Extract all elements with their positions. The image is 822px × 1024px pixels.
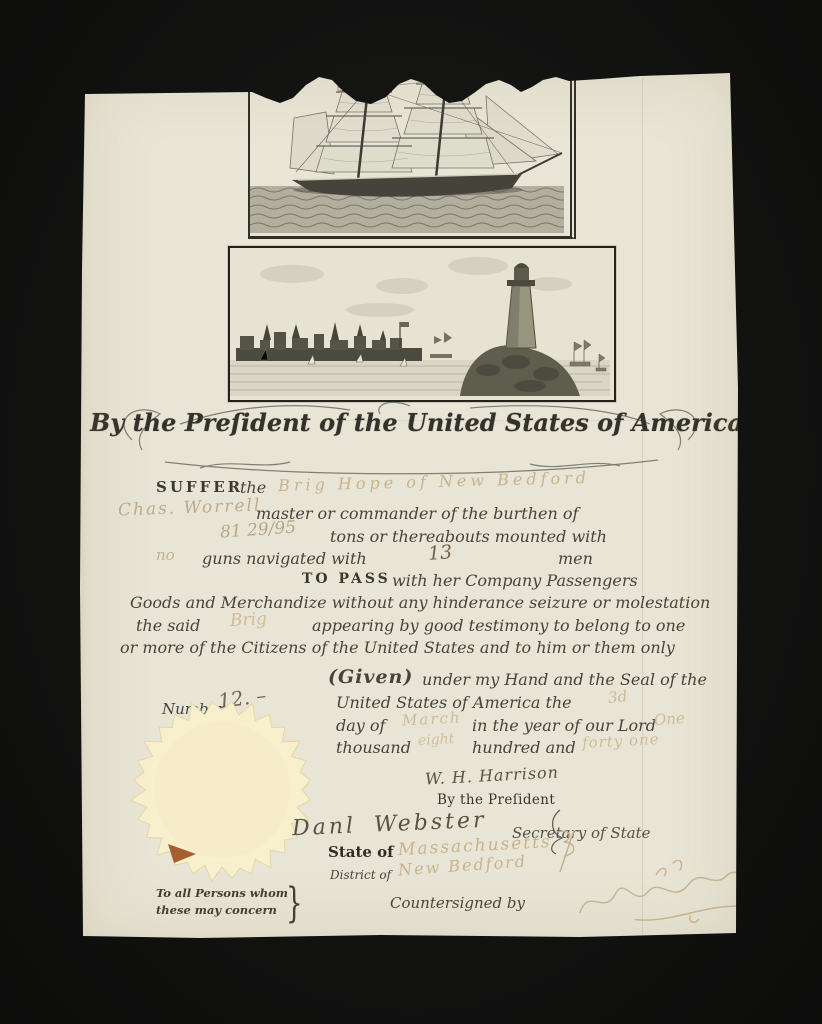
lighthouse-tower (506, 263, 536, 348)
ship-engraving (250, 68, 564, 233)
state-of-label: State of (328, 843, 394, 861)
pennant (446, 80, 466, 87)
month-handwritten: March (402, 708, 462, 729)
main-course (392, 138, 494, 168)
american-flag (338, 76, 366, 93)
tons-line: tons or thereabouts mounted with (330, 527, 607, 546)
by-the-president-line: By the Preſident (437, 792, 555, 808)
hundred-and-words: hundred and (472, 738, 576, 757)
master-name-handwritten: Chas. Worrell (118, 496, 262, 521)
harbor-engraving-frame (228, 246, 616, 402)
given-word: (Given) (328, 666, 413, 688)
footer-line-2: these may concern (156, 903, 277, 917)
said-rest: appearing by good testimony to belong to… (312, 616, 685, 635)
collector-signature (572, 860, 762, 926)
tonnage-handwritten: 81 29/95 (219, 517, 296, 542)
document-title: By the Preſident of the United States of… (90, 408, 730, 437)
footer-brace: } (286, 880, 303, 928)
the-said-words: the said (136, 616, 200, 635)
said-vessel-handwritten: Brig (230, 609, 268, 631)
footer-line-1: To all Persons whom (156, 886, 288, 900)
men-count-handwritten: 13 (427, 541, 453, 565)
given-under-line: under my Hand and the Seal of the (422, 670, 707, 689)
embossed-paper-seal (130, 698, 314, 882)
one-handwritten: One (653, 709, 685, 729)
men-word: men (558, 549, 593, 568)
day-of-words: day of (336, 716, 385, 735)
distant-ship (430, 332, 452, 358)
countersigned-by-line: Countersigned by (390, 894, 525, 912)
ship-engraving-frame (248, 68, 576, 239)
year-handwritten: forty one (582, 730, 660, 752)
eight-handwritten: eight (418, 731, 455, 749)
fore-topgallant (336, 92, 392, 112)
suffer-word: SUFFER (156, 478, 243, 496)
guns-handwritten: no (156, 546, 175, 564)
harbor-engraving (230, 248, 610, 396)
printed-the: the (240, 478, 266, 497)
ships-passport-document: By the Preſident of the United States of… (80, 68, 742, 942)
to-pass-rest: with her Company Passengers (392, 571, 638, 590)
day-handwritten: 3d (607, 687, 628, 707)
auction-photo-background: By the Preſident of the United States of… (0, 0, 822, 1024)
thousand-word: thousand (336, 738, 411, 757)
district-of-label: District of (330, 868, 391, 882)
guns-line: guns navigated with (202, 549, 367, 568)
president-signature: W. H. Harrison (425, 763, 560, 789)
citizens-line: or more of the Citizens of the United St… (120, 638, 675, 657)
goods-line: Goods and Merchandize without any hinder… (130, 593, 710, 612)
to-pass-words: TO PASS (302, 571, 391, 587)
master-line: master or commander of the burthen of (256, 504, 578, 523)
seal-inner-disc (154, 722, 290, 858)
vertical-fold-crease (642, 78, 644, 934)
